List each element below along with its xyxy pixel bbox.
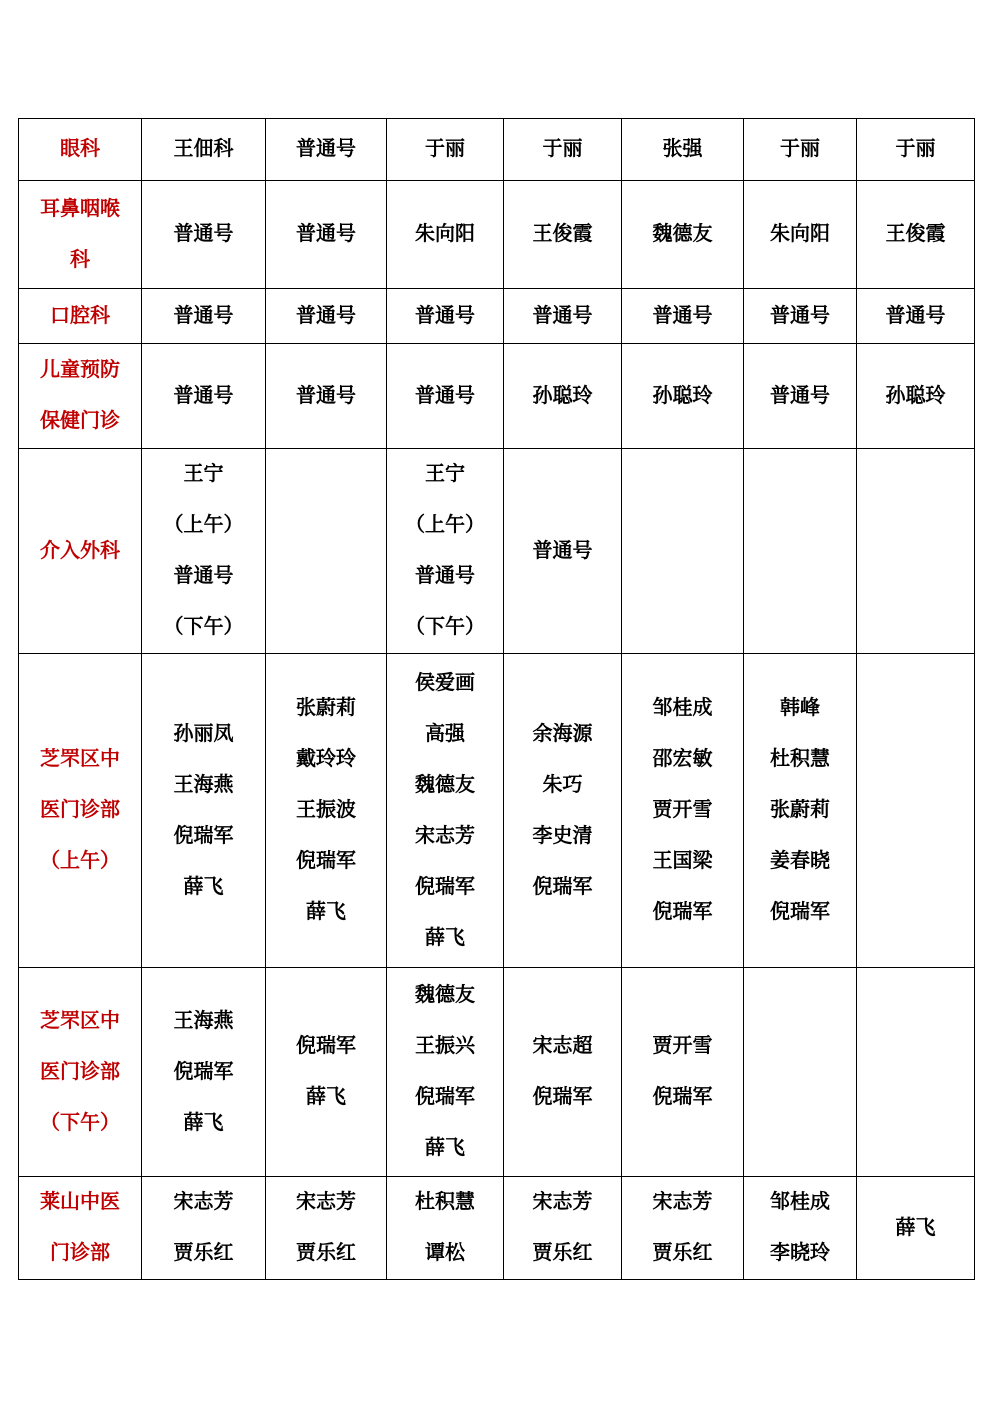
schedule-cell: 普通号: [744, 289, 857, 344]
schedule-cell: 杜积慧 谭松: [387, 1177, 504, 1280]
schedule-cell: 朱向阳: [744, 181, 857, 289]
dept-cell: 芝罘区中 医门诊部 （下午）: [19, 968, 142, 1177]
schedule-cell: 宋志芳 贾乐红: [266, 1177, 387, 1280]
schedule-cell: 于丽: [857, 119, 975, 181]
schedule-cell: 普通号: [387, 289, 504, 344]
dept-cell: 儿童预防 保健门诊: [19, 344, 142, 449]
table-row: 口腔科 普通号 普通号 普通号 普通号 普通号 普通号 普通号: [19, 289, 975, 344]
dept-cell: 莱山中医 门诊部: [19, 1177, 142, 1280]
schedule-cell: 魏德友: [622, 181, 744, 289]
schedule-cell: 普通号: [622, 289, 744, 344]
schedule-cell: 朱向阳: [387, 181, 504, 289]
schedule-cell: 张蔚莉 戴玲玲 王振波 倪瑞军 薛飞: [266, 654, 387, 968]
schedule-cell: 张强: [622, 119, 744, 181]
schedule-cell: 于丽: [504, 119, 622, 181]
dept-cell: 介入外科: [19, 449, 142, 654]
schedule-cell: 宋志芳 贾乐红: [504, 1177, 622, 1280]
schedule-cell: 宋志芳 贾乐红: [622, 1177, 744, 1280]
schedule-cell: 王俊霞: [857, 181, 975, 289]
table-row: 眼科 王佃科 普通号 于丽 于丽 张强 于丽 于丽: [19, 119, 975, 181]
schedule-cell: [744, 968, 857, 1177]
schedule-cell: [857, 449, 975, 654]
schedule-cell: 宋志芳 贾乐红: [142, 1177, 266, 1280]
schedule-cell: 贾开雪 倪瑞军: [622, 968, 744, 1177]
schedule-cell: 孙聪玲: [622, 344, 744, 449]
table-row: 芝罘区中 医门诊部 （下午） 王海燕 倪瑞军 薛飞 倪瑞军 薛飞 魏德友 王振兴…: [19, 968, 975, 1177]
schedule-cell: 魏德友 王振兴 倪瑞军 薛飞: [387, 968, 504, 1177]
schedule-cell: 余海源 朱巧 李史清 倪瑞军: [504, 654, 622, 968]
schedule-cell: 王俊霞: [504, 181, 622, 289]
table-row: 耳鼻咽喉 科 普通号 普通号 朱向阳 王俊霞 魏德友 朱向阳 王俊霞: [19, 181, 975, 289]
schedule-cell: 王海燕 倪瑞军 薛飞: [142, 968, 266, 1177]
schedule-cell: 普通号: [504, 449, 622, 654]
schedule-cell: 普通号: [266, 119, 387, 181]
schedule-cell: 宋志超 倪瑞军: [504, 968, 622, 1177]
schedule-cell: 倪瑞军 薛飞: [266, 968, 387, 1177]
schedule-cell: 薛飞: [857, 1177, 975, 1280]
schedule-cell: [857, 654, 975, 968]
table-row: 儿童预防 保健门诊 普通号 普通号 普通号 孙聪玲 孙聪玲 普通号 孙聪玲: [19, 344, 975, 449]
dept-cell: 芝罘区中 医门诊部 （上午）: [19, 654, 142, 968]
schedule-cell: 普通号: [266, 181, 387, 289]
schedule-cell: [744, 449, 857, 654]
schedule-cell: 普通号: [744, 344, 857, 449]
schedule-cell: 孙聪玲: [857, 344, 975, 449]
schedule-cell: 普通号: [857, 289, 975, 344]
schedule-cell: 侯爱画 高强 魏德友 宋志芳 倪瑞军 薛飞: [387, 654, 504, 968]
schedule-cell: 孙丽凤 王海燕 倪瑞军 薛飞: [142, 654, 266, 968]
schedule-cell: 王宁 （上午） 普通号 （下午）: [142, 449, 266, 654]
table-row: 莱山中医 门诊部 宋志芳 贾乐红 宋志芳 贾乐红 杜积慧 谭松 宋志芳 贾乐红 …: [19, 1177, 975, 1280]
schedule-cell: 普通号: [266, 344, 387, 449]
schedule-cell: 邹桂成 李晓玲: [744, 1177, 857, 1280]
schedule-cell: 邹桂成 邵宏敏 贾开雪 王国梁 倪瑞军: [622, 654, 744, 968]
schedule-cell: 于丽: [744, 119, 857, 181]
schedule-cell: 普通号: [266, 289, 387, 344]
schedule-cell: 普通号: [387, 344, 504, 449]
schedule-cell: 王宁 （上午） 普通号 （下午）: [387, 449, 504, 654]
schedule-cell: 王佃科: [142, 119, 266, 181]
schedule-cell: 普通号: [142, 181, 266, 289]
dept-cell: 耳鼻咽喉 科: [19, 181, 142, 289]
schedule-cell: 普通号: [142, 289, 266, 344]
document-page: 眼科 王佃科 普通号 于丽 于丽 张强 于丽 于丽 耳鼻咽喉 科 普通号 普通号…: [0, 0, 992, 1403]
schedule-cell: 韩峰 杜积慧 张蔚莉 姜春晓 倪瑞军: [744, 654, 857, 968]
schedule-table: 眼科 王佃科 普通号 于丽 于丽 张强 于丽 于丽 耳鼻咽喉 科 普通号 普通号…: [18, 118, 975, 1280]
schedule-cell: 于丽: [387, 119, 504, 181]
schedule-cell: 普通号: [142, 344, 266, 449]
table-row: 芝罘区中 医门诊部 （上午） 孙丽凤 王海燕 倪瑞军 薛飞 张蔚莉 戴玲玲 王振…: [19, 654, 975, 968]
schedule-cell: 普通号: [504, 289, 622, 344]
dept-cell: 眼科: [19, 119, 142, 181]
dept-cell: 口腔科: [19, 289, 142, 344]
schedule-cell: [857, 968, 975, 1177]
table-row: 介入外科 王宁 （上午） 普通号 （下午） 王宁 （上午） 普通号 （下午） 普…: [19, 449, 975, 654]
schedule-cell: [266, 449, 387, 654]
schedule-cell: 孙聪玲: [504, 344, 622, 449]
schedule-cell: [622, 449, 744, 654]
